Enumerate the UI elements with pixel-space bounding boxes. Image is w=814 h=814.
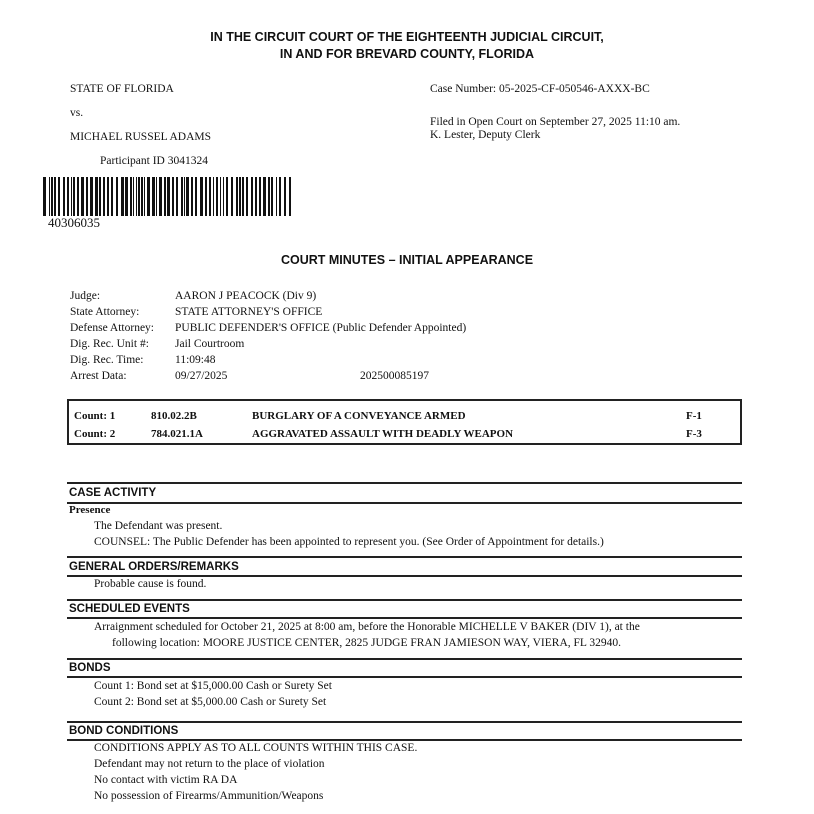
info-value: STATE ATTORNEY'S OFFICE xyxy=(175,304,322,320)
defendant-name: MICHAEL RUSSEL ADAMS xyxy=(70,130,211,144)
barcode-bar xyxy=(54,177,56,216)
barcode-bar xyxy=(268,177,270,216)
charge-row: Count: 1 810.02.2B BURGLARY OF A CONVEYA… xyxy=(69,410,740,426)
info-value: Jail Courtroom xyxy=(175,336,244,352)
barcode-bar xyxy=(223,177,224,216)
barcode-bar xyxy=(164,177,166,216)
court-line-2: IN AND FOR BREVARD COUNTY, FLORIDA xyxy=(0,46,814,63)
versus: vs. xyxy=(70,106,83,120)
condition-line: No possession of Firearms/Ammunition/Wea… xyxy=(94,790,323,802)
barcode-bar xyxy=(136,177,137,216)
section-rule xyxy=(67,617,742,619)
plaintiff: STATE OF FLORIDA xyxy=(70,82,174,96)
section-heading: CASE ACTIVITY xyxy=(69,487,156,499)
barcode-bar xyxy=(239,177,241,216)
court-line-1: IN THE CIRCUIT COURT OF THE EIGHTEENTH J… xyxy=(0,29,814,46)
barcode-bar xyxy=(246,177,248,216)
filed-in-open-court: Filed in Open Court on September 27, 202… xyxy=(430,115,680,129)
barcode-bar xyxy=(103,177,105,216)
deputy-clerk: K. Lester, Deputy Clerk xyxy=(430,128,540,142)
condition-line: Defendant may not return to the place of… xyxy=(94,758,325,770)
activity-line: COUNSEL: The Public Defender has been ap… xyxy=(94,536,604,548)
statute: 784.021.1A xyxy=(151,428,203,440)
barcode-bar xyxy=(90,177,93,216)
section-rule xyxy=(67,658,742,660)
barcode-bar xyxy=(67,177,69,216)
event-line: following location: MOORE JUSTICE CENTER… xyxy=(112,637,621,649)
condition-line: CONDITIONS APPLY AS TO ALL COUNTS WITHIN… xyxy=(94,742,417,754)
barcode-bar xyxy=(133,177,134,216)
barcode-bar xyxy=(167,177,170,216)
barcode-bar xyxy=(156,177,157,216)
info-value: PUBLIC DEFENDER'S OFFICE (Public Defende… xyxy=(175,320,466,336)
barcode-bar xyxy=(144,177,145,216)
barcode-bar xyxy=(130,177,132,216)
barcode-bar xyxy=(205,177,207,216)
arrest-number: 202500085197 xyxy=(360,368,429,384)
activity-line: The Defendant was present. xyxy=(94,520,222,532)
charges-box: Count: 1 810.02.2B BURGLARY OF A CONVEYA… xyxy=(67,399,742,445)
bond-line: Count 2: Bond set at $5,000.00 Cash or S… xyxy=(94,696,326,708)
charge-degree: F-1 xyxy=(686,410,702,422)
barcode-bar xyxy=(236,177,238,216)
section-heading: BONDS xyxy=(69,662,111,674)
barcode-bar xyxy=(77,177,79,216)
section-rule xyxy=(67,575,742,577)
barcode-bar xyxy=(86,177,88,216)
barcode-bar xyxy=(191,177,193,216)
barcode-bar xyxy=(251,177,253,216)
barcode-bar xyxy=(81,177,84,216)
barcode xyxy=(43,177,293,216)
section-rule xyxy=(67,739,742,741)
barcode-bar xyxy=(242,177,244,216)
section-rule xyxy=(67,599,742,601)
info-value: 09/27/2025 xyxy=(175,368,227,384)
barcode-bar xyxy=(63,177,65,216)
statute: 810.02.2B xyxy=(151,410,197,422)
barcode-bar xyxy=(99,177,101,216)
barcode-bar xyxy=(279,177,281,216)
condition-line: No contact with victim RA DA xyxy=(94,774,237,786)
info-value: AARON J PEACOCK (Div 9) xyxy=(175,288,316,304)
court-header: IN THE CIRCUIT COURT OF THE EIGHTEENTH J… xyxy=(0,29,814,63)
count-number: Count: 2 xyxy=(74,428,115,440)
barcode-bar xyxy=(107,177,109,216)
charge-description: BURGLARY OF A CONVEYANCE ARMED xyxy=(252,410,466,422)
charge-degree: F-3 xyxy=(686,428,702,440)
barcode-bar xyxy=(213,177,214,216)
barcode-bar xyxy=(259,177,261,216)
barcode-bar xyxy=(216,177,218,216)
info-label: Dig. Rec. Unit #: xyxy=(70,336,149,352)
info-label: Arrest Data: xyxy=(70,368,127,384)
barcode-bar xyxy=(263,177,266,216)
barcode-bar xyxy=(284,177,286,216)
barcode-bar xyxy=(209,177,211,216)
barcode-bar xyxy=(73,177,75,216)
case-number: Case Number: 05-2025-CF-050546-AXXX-BC xyxy=(430,82,650,96)
info-label: Judge: xyxy=(70,288,100,304)
barcode-bar xyxy=(121,177,124,216)
barcode-bar xyxy=(43,177,46,216)
info-label: State Attorney: xyxy=(70,304,139,320)
barcode-bar xyxy=(141,177,143,216)
remark-line: Probable cause is found. xyxy=(94,578,206,590)
barcode-bar xyxy=(195,177,197,216)
barcode-bar xyxy=(125,177,128,216)
section-rule xyxy=(67,482,742,484)
barcode-bar xyxy=(152,177,155,216)
section-heading: GENERAL ORDERS/REMARKS xyxy=(69,561,239,573)
presence-subheading: Presence xyxy=(69,504,110,516)
barcode-bar xyxy=(116,177,118,216)
barcode-bar xyxy=(49,177,50,216)
barcode-bar xyxy=(255,177,257,216)
barcode-bar xyxy=(58,177,60,216)
barcode-bar xyxy=(184,177,185,216)
event-line: Arraignment scheduled for October 21, 20… xyxy=(94,621,640,633)
section-heading: SCHEDULED EVENTS xyxy=(69,603,190,615)
barcode-bar xyxy=(147,177,150,216)
barcode-bar xyxy=(271,177,273,216)
section-rule xyxy=(67,721,742,723)
barcode-bar xyxy=(176,177,178,216)
section-rule xyxy=(67,676,742,678)
section-rule xyxy=(67,502,742,504)
barcode-bar xyxy=(220,177,221,216)
section-rule xyxy=(67,556,742,558)
barcode-bar xyxy=(226,177,228,216)
barcode-bar xyxy=(181,177,183,216)
barcode-bar xyxy=(200,177,203,216)
count-number: Count: 1 xyxy=(74,410,115,422)
barcode-bar xyxy=(95,177,98,216)
info-label: Defense Attorney: xyxy=(70,320,154,336)
barcode-bar xyxy=(172,177,174,216)
barcode-bar xyxy=(231,177,233,216)
barcode-bar xyxy=(159,177,162,216)
participant-id: Participant ID 3041324 xyxy=(100,154,208,168)
charge-row: Count: 2 784.021.1A AGGRAVATED ASSAULT W… xyxy=(69,428,740,444)
barcode-bar xyxy=(289,177,291,216)
document-title: COURT MINUTES – INITIAL APPEARANCE xyxy=(0,253,814,267)
barcode-bar xyxy=(186,177,189,216)
info-label: Dig. Rec. Time: xyxy=(70,352,143,368)
barcode-bar xyxy=(138,177,140,216)
info-value: 11:09:48 xyxy=(175,352,215,368)
charge-description: AGGRAVATED ASSAULT WITH DEADLY WEAPON xyxy=(252,428,513,440)
bond-line: Count 1: Bond set at $15,000.00 Cash or … xyxy=(94,680,332,692)
barcode-bar xyxy=(71,177,72,216)
barcode-bar xyxy=(111,177,113,216)
barcode-number: 40306035 xyxy=(48,215,100,231)
section-heading: BOND CONDITIONS xyxy=(69,725,178,737)
barcode-bar xyxy=(51,177,53,216)
barcode-bar xyxy=(276,177,277,216)
